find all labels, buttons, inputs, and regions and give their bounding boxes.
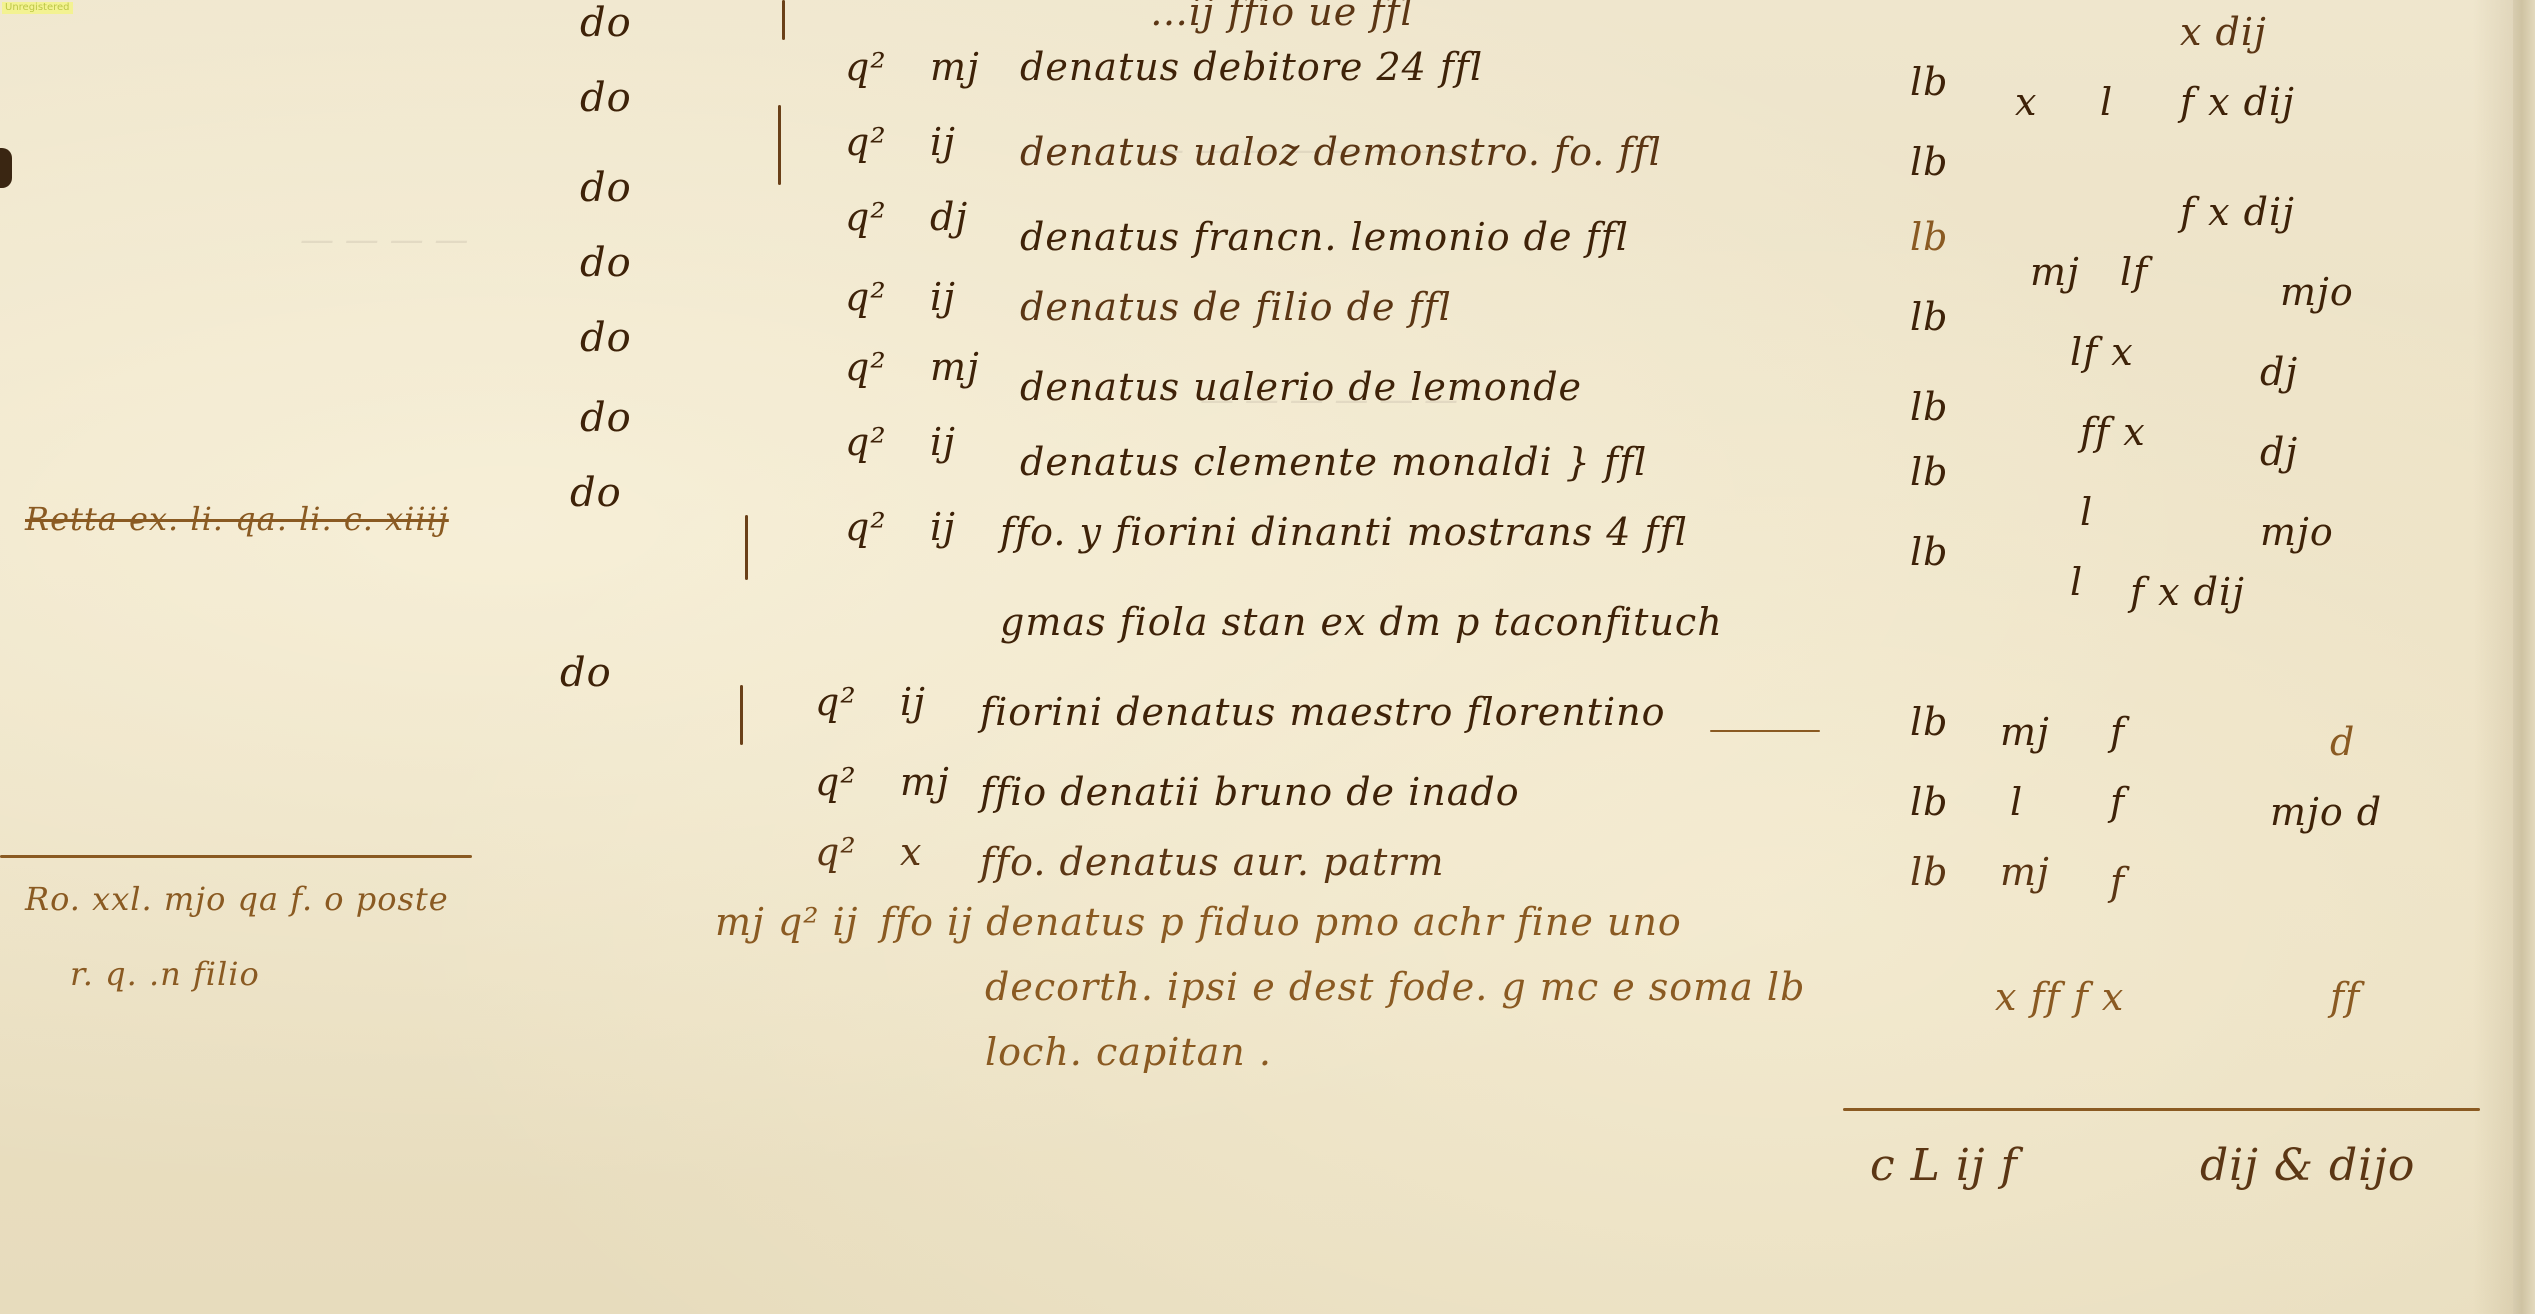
entry-text: denatus clemente monaldi } ffl (1020, 440, 1647, 484)
entry-lb: lb (1910, 60, 1948, 104)
entry-lb: lb (1910, 530, 1948, 574)
entry-lb: lb (1910, 700, 1948, 744)
ditto-mark: do (580, 395, 632, 441)
entry-q: q² (845, 345, 887, 389)
entry-qty: ij (930, 420, 956, 464)
bracket-stroke (740, 685, 743, 745)
entry-qty: mj (930, 345, 980, 389)
entry-qty: x (900, 830, 922, 874)
entry-text: denatus francn. lemonio de ffl (1020, 215, 1629, 259)
entry-q: q² (815, 680, 857, 724)
entry-q: q² (815, 830, 857, 874)
entry-amount: l (2010, 780, 2023, 824)
margin-rule (0, 855, 472, 858)
entry-amount: f x dij (2180, 80, 2295, 124)
unregistered-watermark: Unregistered (2, 2, 73, 14)
entry-amount: f (2110, 780, 2125, 824)
entry-lb: lb (1910, 140, 1948, 184)
entry-qty: ij (930, 275, 956, 319)
ditto-mark: do (570, 470, 622, 516)
entry-text: …ij ffio ue ffl (1150, 0, 1414, 34)
entry-amount: ff x (2080, 410, 2146, 454)
entry-lb: lb (1910, 215, 1948, 259)
entry-amount: lf x (2070, 330, 2134, 374)
closing-entry-amount: x ff f x (1995, 975, 2124, 1019)
entry-amount: mj (2000, 710, 2050, 754)
entry-qty: ij (900, 680, 926, 724)
entry-amount: f x dij (2130, 570, 2245, 614)
entry-text: ffio denatii bruno de inado (980, 770, 1520, 814)
entry-amount: lf (2120, 250, 2148, 294)
entry-q: q² (845, 45, 887, 89)
ink-blot (0, 148, 12, 188)
entry-text: ffo. y fiorini dinanti mostrans 4 ffl (1000, 510, 1688, 554)
entry-amount: x dij (2180, 10, 2267, 54)
closing-entry-prefix: mj q² ij (715, 900, 858, 944)
entry-amount: l (2070, 560, 2083, 604)
closing-entry-line1: ffo ij denatus p fiduo pmo achr fine uno (880, 900, 1682, 944)
entry-amount: mjo (2260, 510, 2334, 554)
entry-text: denatus debitore 24 ffl (1020, 45, 1483, 89)
ditto-mark: do (580, 75, 632, 121)
entry-qty: ij (930, 505, 956, 549)
ditto-mark: do (580, 0, 632, 46)
entry-q: q² (845, 120, 887, 164)
ditto-mark: do (560, 650, 612, 696)
entry-q: q² (815, 760, 857, 804)
bracket-stroke (782, 0, 785, 40)
entry-q: q² (845, 505, 887, 549)
margin-note-bottom-line2: r. q. .n filio (70, 955, 260, 993)
ditto-mark: do (580, 315, 632, 361)
entry-qty: mj (930, 45, 980, 89)
entry-lb: lb (1910, 850, 1948, 894)
entry-q: q² (845, 275, 887, 319)
entry-text: fiorini denatus maestro florentino (980, 690, 1665, 734)
entry-text: ffo. denatus aur. patrm (980, 840, 1445, 884)
entry-lb: lb (1910, 295, 1948, 339)
entry-amount: x (2015, 80, 2037, 124)
entry-amount: dj (2260, 350, 2298, 394)
entry-q: q² (845, 195, 887, 239)
bracket-stroke (745, 515, 748, 580)
entry-amount: f (2110, 860, 2125, 904)
bracket-stroke (778, 105, 781, 185)
entry-text: gmas fiola stan ex dm p taconfituch (1000, 600, 1723, 644)
entry-qty: dj (930, 195, 968, 239)
entry-qty: ij (930, 120, 956, 164)
entry-lb: lb (1910, 450, 1948, 494)
entry-amount: l (2100, 80, 2113, 124)
closing-entry-amount: ff (2330, 975, 2360, 1019)
entry-text: denatus de filio de ffl (1020, 285, 1452, 329)
entry-amount: mjo (2280, 270, 2354, 314)
ditto-mark: do (580, 240, 632, 286)
entry-amount: mjo d (2270, 790, 2382, 834)
closing-entry-line3: loch. capitan . (985, 1030, 1272, 1074)
closing-entry-line2: decorth. ipsi e dest fode. g mc e soma l… (985, 965, 1805, 1009)
entry-amount: mj (2030, 250, 2080, 294)
margin-note-bottom-line1: Ro. xxl. mjo qa f. o poste (25, 880, 449, 918)
entry-lb: lb (1910, 385, 1948, 429)
entry-amount: dj (2260, 430, 2298, 474)
entry-amount: f x dij (2180, 190, 2295, 234)
total-label: c L ij f (1870, 1140, 2018, 1191)
total-value: dij & dijo (2200, 1140, 2415, 1191)
entry-amount: mj (2000, 850, 2050, 894)
bleed-through-text: — — — — (300, 220, 468, 260)
ditto-mark: do (580, 165, 632, 211)
entry-text: denatus ualerio de lemonde (1020, 365, 1582, 409)
page-edge (2513, 0, 2535, 1314)
entry-q: q² (845, 420, 887, 464)
manuscript-page: — — — — — — — — — — — — — — — — — Unregi… (0, 0, 2535, 1314)
page-edge-shadow (2473, 0, 2513, 1314)
total-rule (1843, 1108, 2480, 1111)
entry-qty: mj (900, 760, 950, 804)
entry-amount: d (2330, 720, 2355, 764)
entry-amount: l (2080, 490, 2093, 534)
entry-amount: f (2110, 710, 2125, 754)
filler-line (1710, 730, 1820, 732)
margin-note: Retta ex. li. qa. li. c. xiiij (25, 500, 449, 538)
entry-lb: lb (1910, 780, 1948, 824)
entry-text: denatus ualoz demonstro. fo. ffl (1020, 130, 1662, 174)
